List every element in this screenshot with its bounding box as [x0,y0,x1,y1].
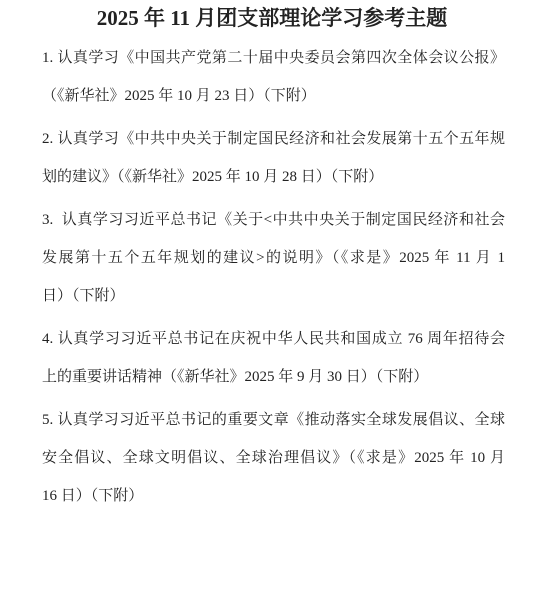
document-page: 2025 年 11 月团支部理论学习参考主题 1. 认真学习《中国共产党第二十届… [0,0,544,597]
topic-item-line: 安全倡议、全球文明倡议、全球治理倡议》（《求是》2025 年 10 月 [42,439,505,477]
document-title: 2025 年 11 月团支部理论学习参考主题 [39,4,505,32]
topic-item-line: 2. 认真学习《中共中央关于制定国民经济和社会发展第十五个五年规 [42,120,505,158]
topic-item: 2. 认真学习《中共中央关于制定国民经济和社会发展第十五个五年规划的建议》（《新… [42,120,505,196]
topic-item-line: 5. 认真学习习近平总书记的重要文章《推动落实全球发展倡议、全球 [42,401,505,439]
topic-item-line: 4. 认真学习习近平总书记在庆祝中华人民共和国成立 76 周年招待会 [42,320,505,358]
topic-item: 1. 认真学习《中国共产党第二十届中央委员会第四次全体会议公报》（《新华社》20… [42,39,505,115]
topic-item-line: （《新华社》2025 年 10 月 23 日）（下附） [42,77,505,115]
topic-list: 1. 认真学习《中国共产党第二十届中央委员会第四次全体会议公报》（《新华社》20… [42,39,505,515]
topic-item-line: 1. 认真学习《中国共产党第二十届中央委员会第四次全体会议公报》 [42,39,505,77]
topic-item-line: 划的建议》（《新华社》2025 年 10 月 28 日）（下附） [42,158,505,196]
topic-item-line: 16 日）（下附） [42,477,505,515]
topic-item: 3. 认真学习习近平总书记《关于<中共中央关于制定国民经济和社会发展第十五个五年… [42,201,505,315]
topic-item-line: 发展第十五个五年规划的建议>的说明》（《求是》2025 年 11 月 1 [42,239,505,277]
topic-item: 5. 认真学习习近平总书记的重要文章《推动落实全球发展倡议、全球安全倡议、全球文… [42,401,505,515]
topic-item-line: 日）（下附） [42,277,505,315]
topic-item-line: 3. 认真学习习近平总书记《关于<中共中央关于制定国民经济和社会 [42,201,505,239]
topic-item-line: 上的重要讲话精神（《新华社》2025 年 9 月 30 日）（下附） [42,358,505,396]
topic-item: 4. 认真学习习近平总书记在庆祝中华人民共和国成立 76 周年招待会上的重要讲话… [42,320,505,396]
